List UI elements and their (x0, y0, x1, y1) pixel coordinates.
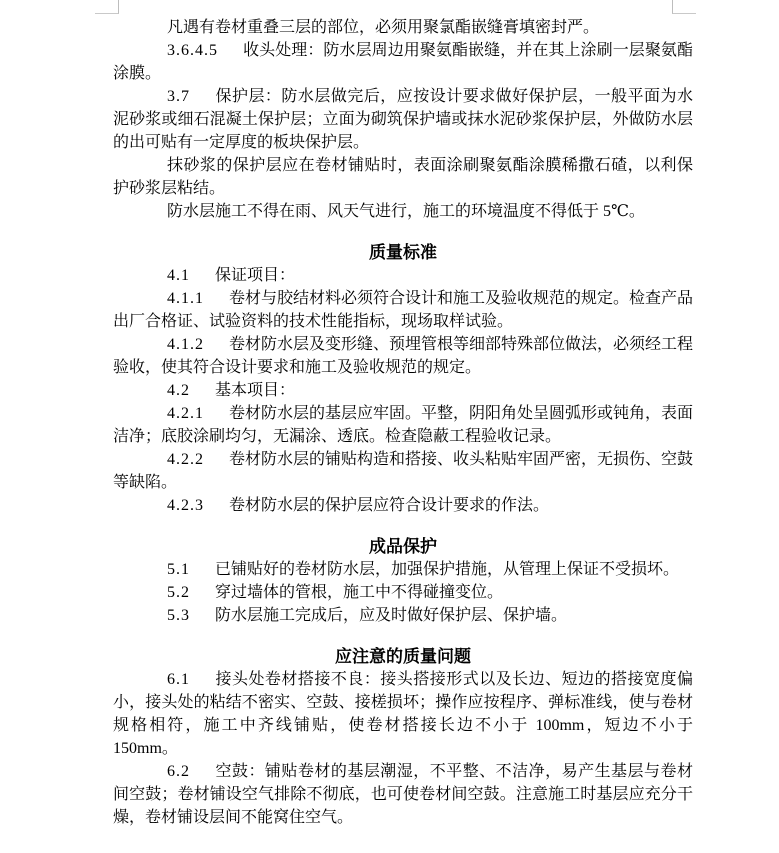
clause-number: 3.7 (167, 88, 190, 105)
numbered-paragraph: 6.2空鼓：铺贴卷材的基层潮湿，不平整、不洁净，易产生基层与卷材间空鼓；卷材铺设… (113, 760, 693, 829)
numbered-paragraph: 5.1已铺贴好的卷材防水层，加强保护措施，从管理上保证不受损坏。 (113, 558, 693, 581)
numbered-paragraph: 5.3防水层施工完成后，应及时做好保护层、保护墙。 (113, 604, 693, 627)
numbered-paragraph: 4.2.2卷材防水层的铺贴构造和搭接、收头粘贴牢固严密，无损伤、空鼓等缺陷。 (113, 448, 693, 494)
numbered-paragraph: 5.2穿过墙体的管根，施工中不得碰撞变位。 (113, 581, 693, 604)
clause-number: 4.2.3 (167, 497, 204, 514)
page-margin-crop-mark-top-left (95, 0, 119, 14)
paragraph-text: 保证项目： (215, 267, 295, 284)
numbered-paragraph: 4.1.2卷材防水层及变形缝、预埋管根等细部特殊部位做法，必须经工程验收，使其符… (113, 333, 693, 379)
clause-number: 4.2.2 (167, 451, 204, 468)
paragraph: 凡遇有卷材重叠三层的部位，必须用聚氯酯嵌缝膏填密封严。 (113, 16, 693, 39)
numbered-paragraph: 4.2.3卷材防水层的保护层应符合设计要求的作法。 (113, 494, 693, 517)
clause-number: 4.1.1 (167, 290, 204, 307)
paragraph-text: 抹砂浆的保护层应在卷材铺贴时，表面涂刷聚氨酯涂膜稀撒石碴，以利保护砂浆层粘结。 (113, 157, 693, 197)
paragraph-text: 接头处卷材搭接不良：接头搭接形式以及长边、短边的搭接宽度偏小，接头处的粘结不密实… (113, 671, 693, 757)
paragraph-text: 已铺贴好的卷材防水层，加强保护措施，从管理上保证不受损坏。 (215, 561, 679, 578)
numbered-paragraph: 4.2基本项目： (113, 379, 693, 402)
clause-number: 6.1 (167, 671, 190, 688)
clause-number: 4.1 (167, 267, 190, 284)
clause-number: 5.2 (167, 584, 190, 601)
paragraph-text: 防水层施工不得在雨、风天气进行，施工的环境温度不得低于 5℃。 (167, 203, 645, 220)
paragraph: 防水层施工不得在雨、风天气进行，施工的环境温度不得低于 5℃。 (113, 200, 693, 223)
clause-number: 4.2.1 (167, 405, 204, 422)
document-body: 凡遇有卷材重叠三层的部位，必须用聚氯酯嵌缝膏填密封严。 3.6.4.5收头处理：… (113, 16, 693, 829)
numbered-paragraph: 3.7保护层：防水层做完后，应按设计要求做好保护层，一般平面为水泥砂浆或细石混凝… (113, 85, 693, 154)
clause-number: 3.6.4.5 (167, 42, 218, 59)
paragraph-text: 保护层：防水层做完后，应按设计要求做好保护层，一般平面为水泥砂浆或细石混凝土保护… (113, 88, 693, 151)
paragraph-text: 凡遇有卷材重叠三层的部位，必须用聚氯酯嵌缝膏填密封严。 (167, 19, 599, 36)
paragraph-text: 卷材防水层的保护层应符合设计要求的作法。 (229, 497, 549, 514)
clause-number: 6.2 (167, 763, 190, 780)
numbered-paragraph: 4.2.1卷材防水层的基层应牢固。平整，阴阳角处呈圆弧形或钝角，表面洁净；底胶涂… (113, 402, 693, 448)
clause-number: 5.3 (167, 607, 190, 624)
paragraph-text: 基本项目： (215, 382, 295, 399)
paragraph-text: 空鼓：铺贴卷材的基层潮湿，不平整、不洁净，易产生基层与卷材间空鼓；卷材铺设空气排… (113, 763, 693, 826)
paragraph-text: 穿过墙体的管根，施工中不得碰撞变位。 (215, 584, 503, 601)
document-page: 凡遇有卷材重叠三层的部位，必须用聚氯酯嵌缝膏填密封严。 3.6.4.5收头处理：… (0, 0, 779, 853)
numbered-paragraph: 6.1接头处卷材搭接不良：接头搭接形式以及长边、短边的搭接宽度偏小，接头处的粘结… (113, 668, 693, 760)
numbered-paragraph: 4.1保证项目： (113, 264, 693, 287)
clause-number: 4.1.2 (167, 336, 204, 353)
page-margin-crop-mark-top-right (672, 0, 696, 14)
paragraph-text: 防水层施工完成后，应及时做好保护层、保护墙。 (215, 607, 567, 624)
clause-number: 5.1 (167, 561, 190, 578)
section-heading-quality-standards: 质量标准 (113, 241, 693, 264)
section-heading-quality-issues: 应注意的质量问题 (113, 645, 693, 668)
numbered-paragraph: 3.6.4.5收头处理：防水层周边用聚氨酯嵌缝，并在其上涂刷一层聚氨酯涂膜。 (113, 39, 693, 85)
numbered-paragraph: 4.1.1卷材与胶结材料必须符合设计和施工及验收规范的规定。检查产品出厂合格证、… (113, 287, 693, 333)
clause-number: 4.2 (167, 382, 190, 399)
section-heading-finished-product-protection: 成品保护 (113, 535, 693, 558)
paragraph: 抹砂浆的保护层应在卷材铺贴时，表面涂刷聚氨酯涂膜稀撒石碴，以利保护砂浆层粘结。 (113, 154, 693, 200)
